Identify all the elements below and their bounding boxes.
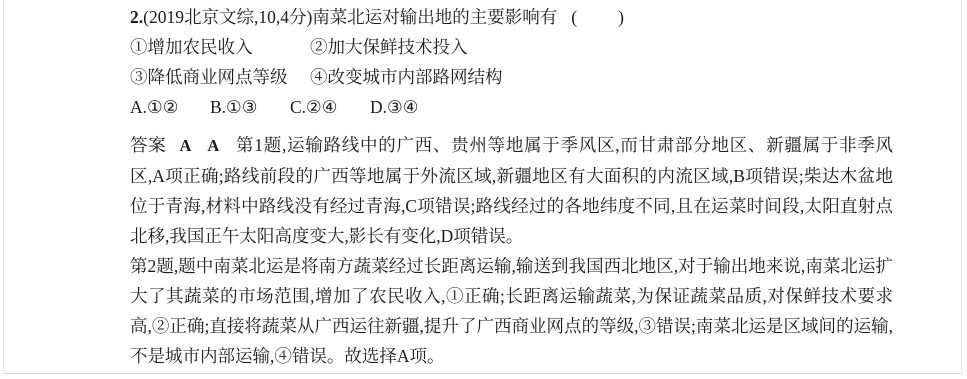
question-stem: (2019北京文综,10,4分)南菜北运对输出地的主要影响有 — [143, 7, 557, 27]
choice-c: C.②④ — [290, 92, 370, 122]
explanation-question-1: 第1题,运输路线中的广西、贵州等地属于季风区,而甘肃部分地区、新疆属于非季风区,… — [130, 135, 893, 246]
exam-answer-page: 2.(2019北京文综,10,4分)南菜北运对输出地的主要影响有( ) ①增加农… — [0, 0, 967, 379]
answer-paragraph-1: 答案AA第1题,运输路线中的广西、贵州等地属于季风区,而甘肃部分地区、新疆属于非… — [130, 130, 893, 251]
answer-label: 答案 — [130, 135, 166, 155]
choice-a: A.①② — [130, 92, 210, 122]
question-stem-line: 2.(2019北京文综,10,4分)南菜北运对输出地的主要影响有( ) — [130, 2, 893, 32]
question-item-4: ④改变城市内部路网结构 — [310, 67, 503, 87]
question-item-3: ③降低商业网点等级 — [130, 62, 310, 92]
question-number: 2. — [130, 7, 143, 27]
question-item-2: ②加大保鲜技术投入 — [310, 37, 468, 57]
question-choices-row: A.①②B.①③C.②④D.③④ — [130, 92, 893, 122]
answer-bracket: ( ) — [571, 7, 626, 27]
answer-paragraph-2: 第2题,题中南菜北运是将南方蔬菜经过长距离运输,输送到我国西北地区,对于输出地来… — [130, 251, 893, 371]
answer-mark-2: A — [207, 136, 219, 155]
choice-b: B.①③ — [210, 92, 290, 122]
question-answer-content: 2.(2019北京文综,10,4分)南菜北运对输出地的主要影响有( ) ①增加农… — [130, 2, 893, 371]
choice-d: D.③④ — [370, 97, 418, 117]
answer-mark-1: A — [179, 136, 191, 155]
question-items-row-2: ③降低商业网点等级④改变城市内部路网结构 — [130, 62, 893, 92]
question-items-row-1: ①增加农民收入②加大保鲜技术投入 — [130, 32, 893, 62]
explanation-question-2: 第2题,题中南菜北运是将南方蔬菜经过长距离运输,输送到我国西北地区,对于输出地来… — [130, 256, 893, 366]
question-item-1: ①增加农民收入 — [130, 32, 310, 62]
answer-block: 答案AA第1题,运输路线中的广西、贵州等地属于季风区,而甘肃部分地区、新疆属于非… — [130, 130, 893, 371]
